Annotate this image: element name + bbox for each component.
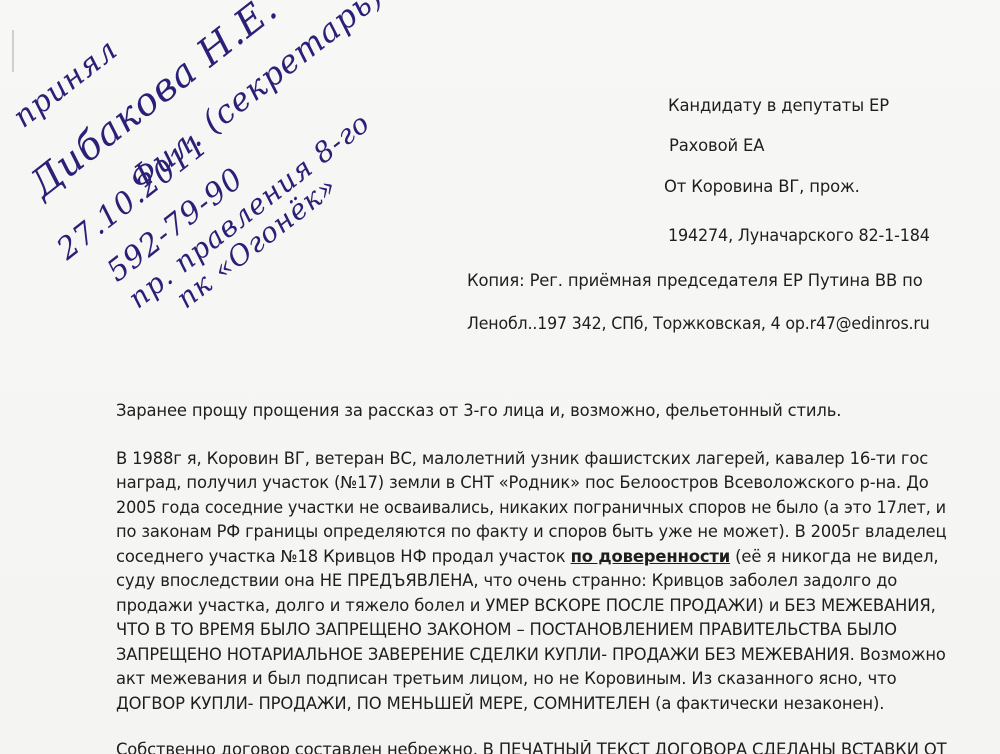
body-text: (её я никогда не видел,	[730, 547, 938, 566]
handwritten-line: 27.10.2011	[50, 128, 215, 267]
handwritten-line: Дибакова Н.Е.	[21, 0, 286, 206]
body-line: акт межевания и был подписан третьим лиц…	[116, 669, 896, 689]
handwritten-line: Фил. (секретарь)	[122, 0, 391, 198]
scanned-letter-page: принял Дибакова Н.Е. Фил. (секретарь) 27…	[0, 0, 1000, 754]
scan-edge-mark	[12, 30, 14, 72]
body-line: продажи участка, долго и тяжело болел и …	[116, 596, 936, 616]
body-line: суду впоследствии она НЕ ПРЕДЪЯВЛЕНА, чт…	[116, 571, 897, 591]
addressee-to-line: Кандидату в депутаты ЕР	[668, 96, 889, 116]
addressee-name: Раховой ЕА	[669, 136, 764, 156]
copy-recipient-line-2: Ленобл..197 342, СПб, Торжковская, 4 op.…	[467, 314, 930, 334]
intro-paragraph: Заранее прощу прощения за рассказ от 3-г…	[116, 401, 841, 421]
copy-recipient-line-1: Копия: Рег. приёмная председателя ЕР Пут…	[467, 271, 923, 291]
handwritten-note: принял Дибакова Н.Е. Фил. (секретарь) 27…	[0, 0, 400, 300]
sender-line: От Коровина ВГ, прож.	[664, 177, 860, 197]
body-text: соседнего участка №18 Кривцов НФ продал …	[116, 547, 571, 566]
body-line-with-emphasis: соседнего участка №18 Кривцов НФ продал …	[116, 547, 938, 567]
handwritten-line: 592-79-90	[100, 161, 250, 289]
emphasized-phrase: по доверенности	[571, 547, 731, 566]
body-line: Собственно договор составлен небрежно, В…	[116, 740, 946, 754]
handwritten-line: пк «Огонёк»	[170, 169, 344, 315]
sender-address: 194274, Луначарского 82-1-184	[668, 226, 930, 246]
body-line: 2005 года соседние участки не осваивалис…	[116, 498, 946, 518]
body-line: ДОГВОР КУПЛИ- ПРОДАЖИ, ПО МЕНЬШЕЙ МЕРЕ, …	[116, 694, 884, 714]
body-line: наград, получил участок (№17) земли в СН…	[116, 473, 929, 493]
body-line: ЗАПРЕЩЕНО НОТАРИАЛЬНОЕ ЗАВЕРЕНИЕ СДЕЛКИ …	[116, 645, 946, 665]
body-line: по законам РФ границы определяются по фа…	[116, 522, 946, 542]
handwritten-line: пр. правления 8-го	[122, 106, 377, 315]
body-line: ЧТО В ТО ВРЕМЯ БЫЛО ЗАПРЕЩЕНО ЗАКОНОМ – …	[116, 620, 897, 640]
handwritten-line: принял	[6, 32, 124, 135]
body-line: В 1988г я, Коровин ВГ, ветеран ВС, малол…	[116, 449, 928, 469]
